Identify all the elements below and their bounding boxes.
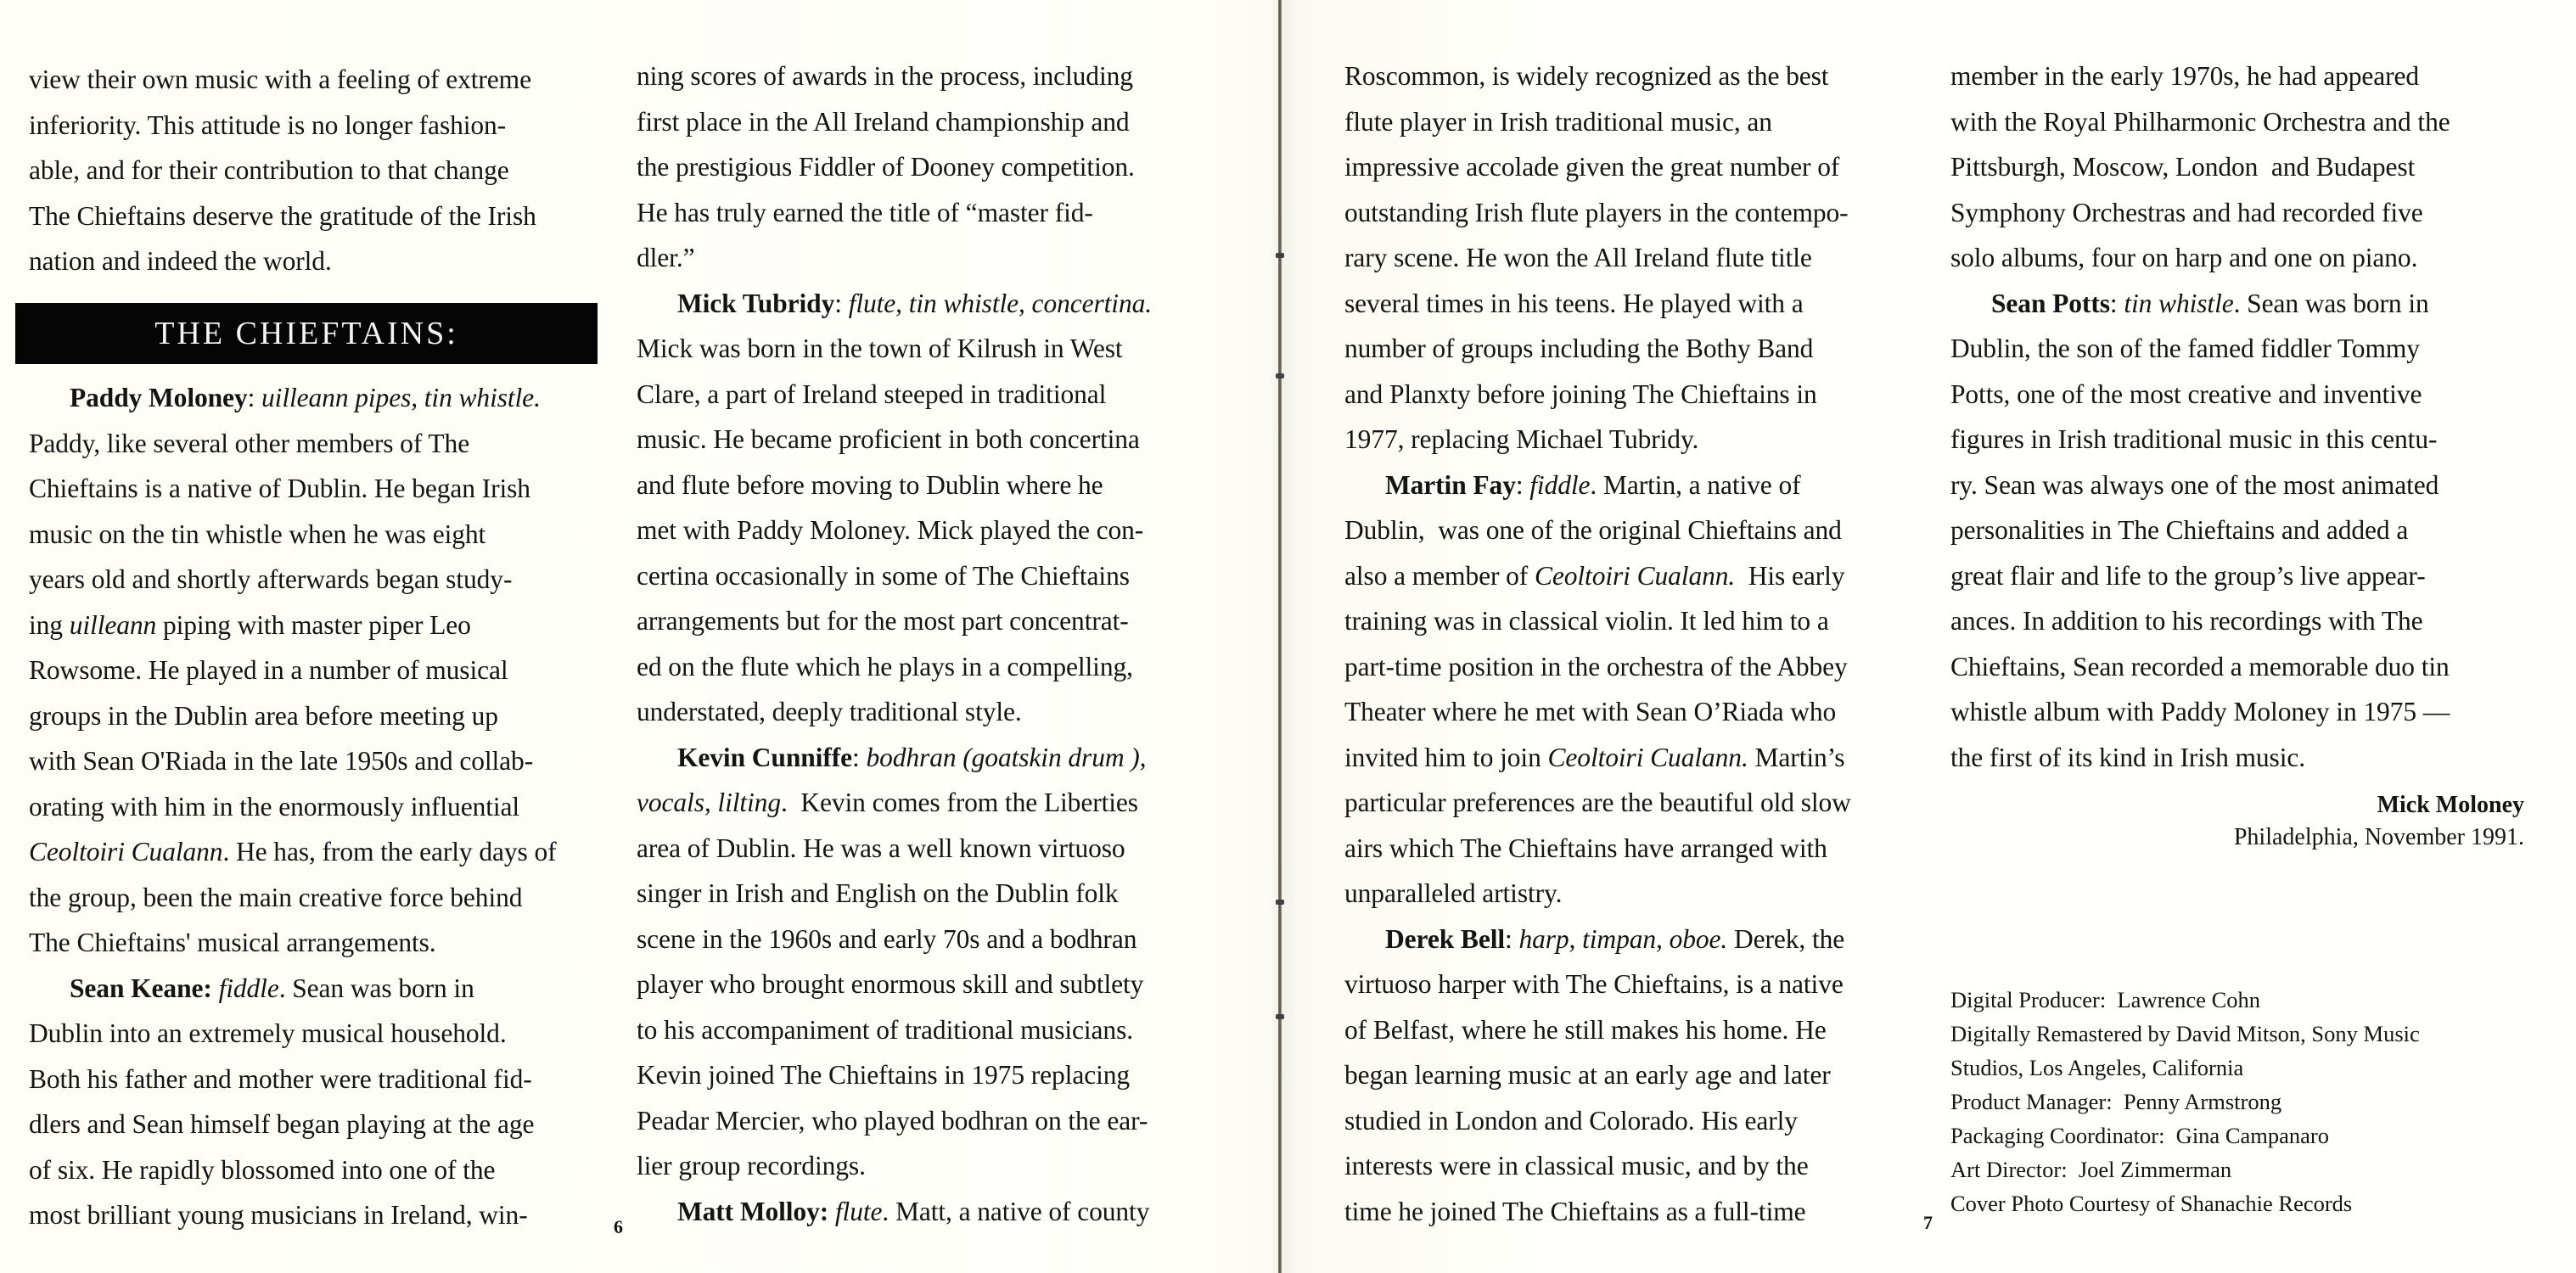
credit-line: Digitally Remastered by David Mitson, So… bbox=[1950, 1017, 2420, 1051]
text-line: inferiority. This attitude is no longer … bbox=[29, 103, 606, 149]
text-line: years old and shortly afterwards began s… bbox=[29, 557, 606, 603]
credit-line: Packaging Coordinator: Gina Campanaro bbox=[1950, 1119, 2420, 1152]
booklet-fold-spine bbox=[1278, 0, 1282, 1273]
text-line: ances. In addition to his recordings wit… bbox=[1950, 598, 2545, 644]
text-line: with the Royal Philharmonic Orchestra an… bbox=[1950, 99, 2545, 145]
production-credits: Digital Producer: Lawrence Cohn Digitall… bbox=[1950, 983, 2420, 1220]
text-line: ry. Sean was always one of the most anim… bbox=[1950, 463, 2545, 508]
italic-term: Ceoltoiri Cualann. bbox=[1548, 743, 1748, 772]
text-line: whistle album with Paddy Moloney in 1975… bbox=[1950, 689, 2545, 735]
text-line: time he joined The Chieftains as a full-… bbox=[1344, 1189, 1939, 1235]
text-line: dlers and Sean himself began playing at … bbox=[29, 1102, 606, 1147]
text-line: and Planxty before joining The Chieftain… bbox=[1344, 372, 1939, 418]
author-signature: Mick Moloney Philadelphia, November 1991… bbox=[2234, 789, 2524, 854]
text-line: great flair and life to the group’s live… bbox=[1950, 553, 2545, 599]
text-fragment: His early bbox=[1735, 561, 1844, 591]
text-fragment: also a member of bbox=[1344, 561, 1535, 591]
text-fragment: Derek, the bbox=[1727, 924, 1844, 954]
text-line: impressive accolade given the great numb… bbox=[1344, 144, 1939, 190]
text-line: and flute before moving to Dublin where … bbox=[637, 463, 1222, 508]
text-line: groups in the Dublin area before meeting… bbox=[29, 693, 606, 739]
text-line: nation and indeed the world. bbox=[29, 238, 606, 284]
text-line: of six. He rapidly blossomed into one of… bbox=[29, 1147, 606, 1193]
text-line: the prestigious Fiddler of Dooney compet… bbox=[637, 144, 1222, 190]
text-line: Pittsburgh, Moscow, London and Budapest bbox=[1950, 144, 2545, 190]
text-line: orating with him in the enormously influ… bbox=[29, 784, 606, 830]
text-line: most brilliant young musicians in Irelan… bbox=[29, 1192, 606, 1238]
text-line: unparalleled artistry. bbox=[1344, 871, 1939, 917]
text-fragment: invited him to join bbox=[1344, 743, 1548, 772]
text-line: ed on the flute which he plays in a comp… bbox=[637, 644, 1222, 690]
text-line: ning scores of awards in the process, in… bbox=[637, 53, 1222, 99]
section-heading-text: THE CHIEFTAINS: bbox=[154, 315, 458, 352]
member-instruments: flute bbox=[835, 1197, 883, 1226]
text-line: of Belfast, where he still makes his hom… bbox=[1344, 1007, 1939, 1053]
text-line: ing uilleann piping with master piper Le… bbox=[29, 603, 606, 648]
bio-heading-derek-bell: Derek Bell: harp, timpan, oboe. Derek, t… bbox=[1344, 917, 1939, 962]
right-page-column-2: member in the early 1970s, he had appear… bbox=[1950, 53, 2545, 780]
bio-heading-sean-keane: Sean Keane: fiddle. Sean was born in bbox=[29, 966, 606, 1012]
text-line: met with Paddy Moloney. Mick played the … bbox=[637, 508, 1222, 553]
text-line: Kevin joined The Chieftains in 1975 repl… bbox=[637, 1052, 1222, 1098]
text-line: Dublin into an extremely musical househo… bbox=[29, 1011, 606, 1057]
staple-mark bbox=[1276, 253, 1284, 258]
member-name: Sean Keane bbox=[70, 973, 203, 1003]
text-line: began learning music at an early age and… bbox=[1344, 1052, 1939, 1098]
italic-term: Ceoltoiri Cualann. bbox=[1535, 561, 1735, 591]
member-instruments: flute, tin whistle, concertina. bbox=[849, 289, 1152, 318]
text-line: virtuoso harper with The Chieftains, is … bbox=[1344, 962, 1939, 1007]
member-instruments: fiddle bbox=[219, 973, 279, 1003]
text-line: figures in Irish traditional music in th… bbox=[1950, 417, 2545, 463]
staple-mark bbox=[1276, 900, 1284, 905]
text-fragment: . Kevin comes from the Liberties bbox=[781, 788, 1138, 817]
text-fragment: ing bbox=[29, 610, 70, 640]
text-line: first place in the All Ireland champions… bbox=[637, 99, 1222, 145]
text-line: Paddy, like several other members of The bbox=[29, 421, 606, 467]
member-name: Kevin Cunniffe bbox=[677, 743, 852, 772]
bio-heading-mick-tubridy: Mick Tubridy: flute, tin whistle, concer… bbox=[637, 281, 1222, 327]
text-line: player who brought enormous skill and su… bbox=[637, 962, 1222, 1007]
staple-mark bbox=[1276, 1014, 1284, 1019]
text-line: training was in classical violin. It led… bbox=[1344, 598, 1939, 644]
credit-line: Art Director: Joel Zimmerman bbox=[1950, 1152, 2420, 1186]
credit-line: Digital Producer: Lawrence Cohn bbox=[1950, 983, 2420, 1017]
text-line: The Chieftains' musical arrangements. bbox=[29, 920, 606, 966]
text-line: arrangements but for the most part conce… bbox=[637, 598, 1222, 644]
text-line: member in the early 1970s, he had appear… bbox=[1950, 53, 2545, 99]
author-place-date: Philadelphia, November 1991. bbox=[2234, 822, 2524, 854]
text-line: Mick was born in the town of Kilrush in … bbox=[637, 326, 1222, 372]
text-line: Peadar Mercier, who played bodhran on th… bbox=[637, 1098, 1222, 1144]
text-line: to his accompaniment of traditional musi… bbox=[637, 1007, 1222, 1053]
text-line: Dublin, was one of the original Chieftai… bbox=[1344, 508, 1939, 553]
text-fragment: . Sean was born in bbox=[2234, 289, 2429, 318]
text-fragment: . He has, from the early days of bbox=[222, 837, 556, 866]
author-name: Mick Moloney bbox=[2234, 789, 2524, 822]
text-line: Chieftains, Sean recorded a memorable du… bbox=[1950, 644, 2545, 690]
member-instruments: tin whistle bbox=[2124, 289, 2233, 318]
member-instruments: vocals, lilting bbox=[637, 788, 781, 817]
text-line: lier group recordings. bbox=[637, 1143, 1222, 1189]
member-instruments: harp, timpan, oboe. bbox=[1518, 924, 1727, 954]
text-fragment: piping with master piper Leo bbox=[156, 610, 471, 640]
member-name: Matt Molloy: bbox=[677, 1197, 828, 1226]
bio-heading-matt-molloy: Matt Molloy: flute. Matt, a native of co… bbox=[637, 1189, 1222, 1235]
text-line: 1977, replacing Michael Tubridy. bbox=[1344, 417, 1939, 463]
text-line: rary scene. He won the All Ireland flute… bbox=[1344, 235, 1939, 281]
text-line: several times in his teens. He played wi… bbox=[1344, 281, 1939, 327]
right-page-column-1: Roscommon, is widely recognized as the b… bbox=[1344, 53, 1939, 1234]
text-line: studied in London and Colorado. His earl… bbox=[1344, 1098, 1939, 1144]
text-line: with Sean O'Riada in the late 1950s and … bbox=[29, 738, 606, 784]
text-line: music on the tin whistle when he was eig… bbox=[29, 512, 606, 558]
left-page-column-1-intro: view their own music with a feeling of e… bbox=[29, 57, 606, 284]
text-line: also a member of Ceoltoiri Cualann. His … bbox=[1344, 553, 1939, 599]
text-line: vocals, lilting. Kevin comes from the Li… bbox=[637, 780, 1222, 826]
text-line: number of groups including the Bothy Ban… bbox=[1344, 326, 1939, 372]
text-line: Both his father and mother were traditio… bbox=[29, 1057, 606, 1102]
section-heading-the-chieftains: THE CHIEFTAINS: bbox=[15, 303, 598, 364]
text-line: able, and for their contribution to that… bbox=[29, 148, 606, 193]
text-fragment: . Matt, a native of county bbox=[882, 1197, 1149, 1226]
text-line: invited him to join Ceoltoiri Cualann. M… bbox=[1344, 735, 1939, 781]
text-line: Symphony Orchestras and had recorded fiv… bbox=[1950, 190, 2545, 236]
text-line: area of Dublin. He was a well known virt… bbox=[637, 826, 1222, 872]
text-line: Ceoltoiri Cualann. He has, from the earl… bbox=[29, 829, 606, 875]
text-line: part-time position in the orchestra of t… bbox=[1344, 644, 1939, 690]
member-instruments: uilleann pipes, tin whistle. bbox=[261, 383, 541, 412]
text-fragment: . Martin, a native of bbox=[1590, 470, 1800, 500]
text-line: Potts, one of the most creative and inve… bbox=[1950, 372, 2545, 418]
text-line: particular preferences are the beautiful… bbox=[1344, 780, 1939, 826]
staple-mark bbox=[1276, 373, 1284, 379]
text-line: personalities in The Chieftains and adde… bbox=[1950, 508, 2545, 553]
text-line: Roscommon, is widely recognized as the b… bbox=[1344, 53, 1939, 99]
text-line: the group, been the main creative force … bbox=[29, 875, 606, 921]
text-line: airs which The Chieftains have arranged … bbox=[1344, 826, 1939, 872]
page-number-left: 6 bbox=[614, 1216, 623, 1238]
text-line: flute player in Irish traditional music,… bbox=[1344, 99, 1939, 145]
credit-line: Product Manager: Penny Armstrong bbox=[1950, 1085, 2420, 1119]
member-instruments: fiddle bbox=[1529, 470, 1590, 500]
member-name: Mick Tubridy bbox=[677, 289, 834, 318]
text-line: The Chieftains deserve the gratitude of … bbox=[29, 193, 606, 239]
text-line: certina occasionally in some of The Chie… bbox=[637, 553, 1222, 599]
member-instruments: bodhran (goatskin drum ), bbox=[866, 743, 1146, 772]
page-number-right: 7 bbox=[1923, 1212, 1933, 1234]
left-page-column-1-bios: Paddy Moloney: uilleann pipes, tin whist… bbox=[29, 375, 606, 1238]
member-name: Paddy Moloney bbox=[70, 383, 248, 412]
text-line: music. He became proficient in both conc… bbox=[637, 417, 1222, 463]
bio-heading-martin-fay: Martin Fay: fiddle. Martin, a native of bbox=[1344, 463, 1939, 508]
left-page-column-2: ning scores of awards in the process, in… bbox=[637, 53, 1222, 1234]
text-line: Clare, a part of Ireland steeped in trad… bbox=[637, 372, 1222, 418]
member-name: Derek Bell bbox=[1385, 924, 1505, 954]
text-line: Dublin, the son of the famed fiddler Tom… bbox=[1950, 326, 2545, 372]
text-line: Theater where he met with Sean O’Riada w… bbox=[1344, 689, 1939, 735]
member-name: Martin Fay bbox=[1385, 470, 1516, 500]
member-name: Sean Potts bbox=[1991, 289, 2110, 318]
bio-heading-kevin-cunniffe: Kevin Cunniffe: bodhran (goatskin drum )… bbox=[637, 735, 1222, 781]
italic-term: uilleann bbox=[70, 610, 156, 640]
text-line: solo albums, four on harp and one on pia… bbox=[1950, 235, 2545, 281]
text-line: Rowsome. He played in a number of musica… bbox=[29, 648, 606, 693]
text-line: outstanding Irish flute players in the c… bbox=[1344, 190, 1939, 236]
text-line: the first of its kind in Irish music. bbox=[1950, 735, 2545, 781]
text-line: view their own music with a feeling of e… bbox=[29, 57, 606, 103]
text-line: understated, deeply traditional style. bbox=[637, 689, 1222, 735]
text-fragment: Martin’s bbox=[1748, 743, 1845, 772]
text-fragment: . Sean was born in bbox=[279, 973, 474, 1003]
credit-line: Studios, Los Angeles, California bbox=[1950, 1051, 2420, 1085]
text-line: singer in Irish and English on the Dubli… bbox=[637, 871, 1222, 917]
bio-heading-paddy-moloney: Paddy Moloney: uilleann pipes, tin whist… bbox=[29, 375, 606, 421]
bio-heading-sean-potts: Sean Potts: tin whistle. Sean was born i… bbox=[1950, 281, 2545, 327]
text-line: interests were in classical music, and b… bbox=[1344, 1143, 1939, 1189]
text-line: He has truly earned the title of “master… bbox=[637, 190, 1222, 236]
text-line: Chieftains is a native of Dublin. He beg… bbox=[29, 466, 606, 512]
credit-line: Cover Photo Courtesy of Shanachie Record… bbox=[1950, 1186, 2420, 1220]
italic-term: Ceoltoiri Cualann bbox=[29, 837, 222, 866]
text-line: scene in the 1960s and early 70s and a b… bbox=[637, 917, 1222, 962]
text-line: dler.” bbox=[637, 235, 1222, 281]
